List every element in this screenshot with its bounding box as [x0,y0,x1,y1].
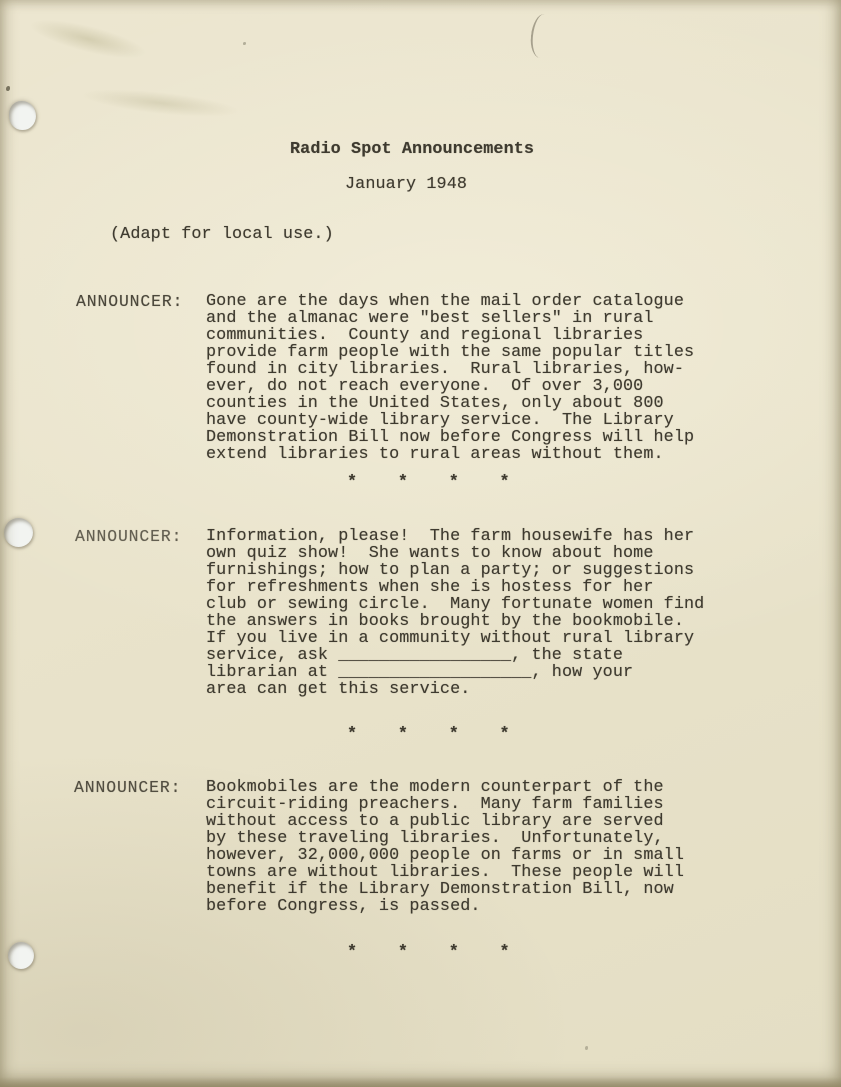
announcer-label-1: ANNOUNCER: [76,293,183,310]
page-date: January 1948 [345,176,467,193]
document-page: Radio Spot Announcements January 1948 (A… [0,0,841,1087]
paper-smudge [79,84,240,123]
asterisk-separator-3: * * * * [347,944,510,961]
ink-speck [585,1046,588,1050]
asterisk-separator-2: * * * * [347,726,510,743]
adapt-note: (Adapt for local use.) [110,226,334,243]
announcer-label-2: ANNOUNCER: [75,528,182,545]
announcer-label-3: ANNOUNCER: [74,779,181,796]
punch-hole-bottom [8,942,34,969]
pencil-mark [529,13,555,59]
punch-hole-middle [4,518,33,547]
asterisk-separator-1: * * * * [347,474,510,491]
announcement-text-3: Bookmobiles are the modern counterpart o… [206,779,684,915]
announcement-text-1: Gone are the days when the mail order ca… [206,293,694,463]
ink-speck [243,42,246,45]
page-title: Radio Spot Announcements [290,141,534,158]
ink-speck [6,86,10,91]
announcement-text-2: Information, please! The farm housewife … [206,528,704,698]
paper-smudge [27,12,150,66]
punch-hole-top [9,101,36,130]
scan-edge-shadow [0,1077,841,1087]
